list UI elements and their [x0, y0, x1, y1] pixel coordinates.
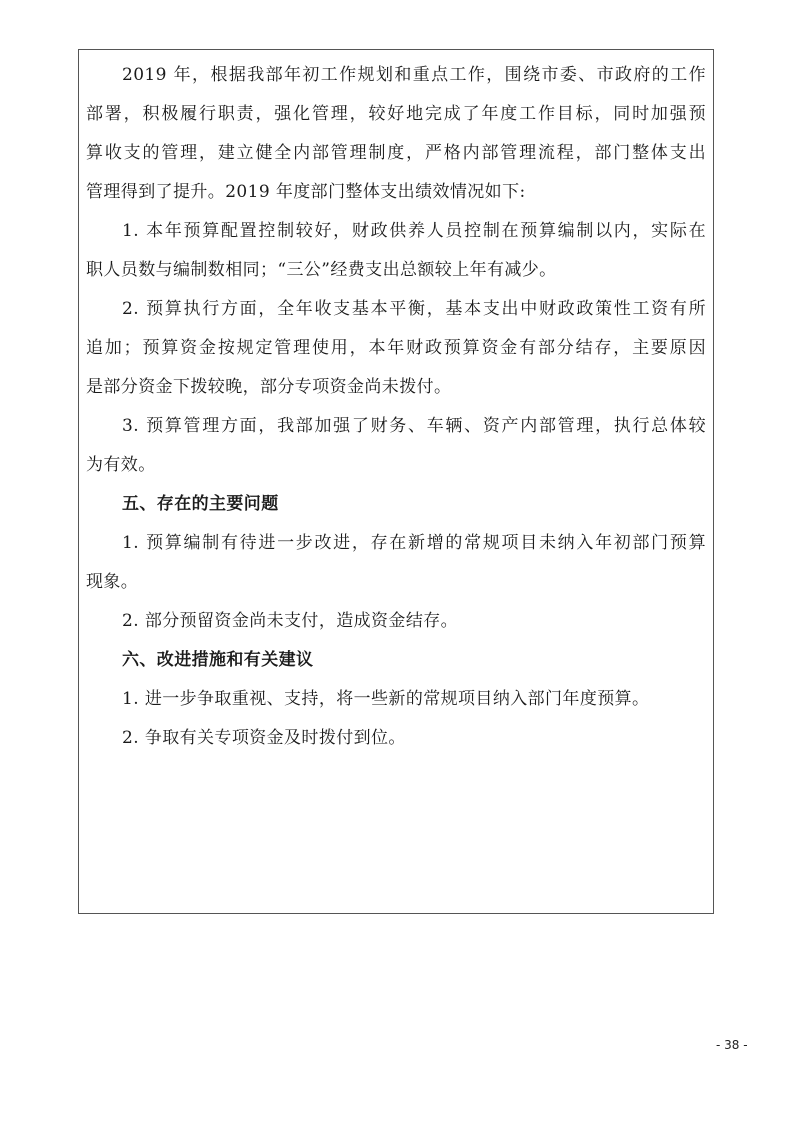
- paragraph-intro-line-4: 管理得到了提升。2019 年度部门整体支出绩效情况如下:: [86, 182, 526, 202]
- item-2-line-3: 是部分资金下拨较晚，部分专项资金尚未拨付。: [86, 377, 451, 397]
- item-1-line-1: 1. 本年预算配置控制较好，财政供养人员控制在预算编制以内，实际在: [122, 221, 706, 241]
- paragraph-intro-line-2: 部署，积极履行职责，强化管理，较好地完成了年度工作目标，同时加强预: [86, 104, 706, 124]
- section-heading-problems: 五、存在的主要问题: [122, 494, 279, 514]
- problem-2: 2. 部分预留资金尚未支付，造成资金结存。: [122, 611, 458, 631]
- section-heading-suggestions: 六、改进措施和有关建议: [122, 650, 313, 670]
- suggestion-1: 1. 进一步争取重视、支持，将一些新的常规项目纳入部门年度预算。: [122, 689, 649, 709]
- page-number: - 38 -: [716, 1038, 748, 1052]
- problem-1-line-1: 1. 预算编制有待进一步改进，存在新增的常规项目未纳入年初部门预算: [122, 533, 706, 553]
- item-3-line-1: 3. 预算管理方面，我部加强了财务、车辆、资产内部管理，执行总体较: [122, 416, 706, 436]
- paragraph-intro-line-1: 2019 年，根据我部年初工作规划和重点工作，围绕市委、市政府的工作: [122, 65, 706, 85]
- problem-1-line-2: 现象。: [86, 572, 138, 592]
- item-2-line-2: 追加；预算资金按规定管理使用，本年财政预算资金有部分结存，主要原因: [86, 338, 706, 358]
- content-table-frame: [78, 49, 714, 914]
- item-1-line-2: 职人员数与编制数相同；“三公”经费支出总额较上年有减少。: [86, 260, 557, 280]
- paragraph-intro-line-3: 算收支的管理，建立健全内部管理制度，严格内部管理流程，部门整体支出: [86, 143, 706, 163]
- suggestion-2: 2. 争取有关专项资金及时拨付到位。: [122, 728, 406, 748]
- item-2-line-1: 2. 预算执行方面，全年收支基本平衡，基本支出中财政政策性工资有所: [122, 299, 706, 319]
- item-3-line-2: 为有效。: [86, 455, 156, 475]
